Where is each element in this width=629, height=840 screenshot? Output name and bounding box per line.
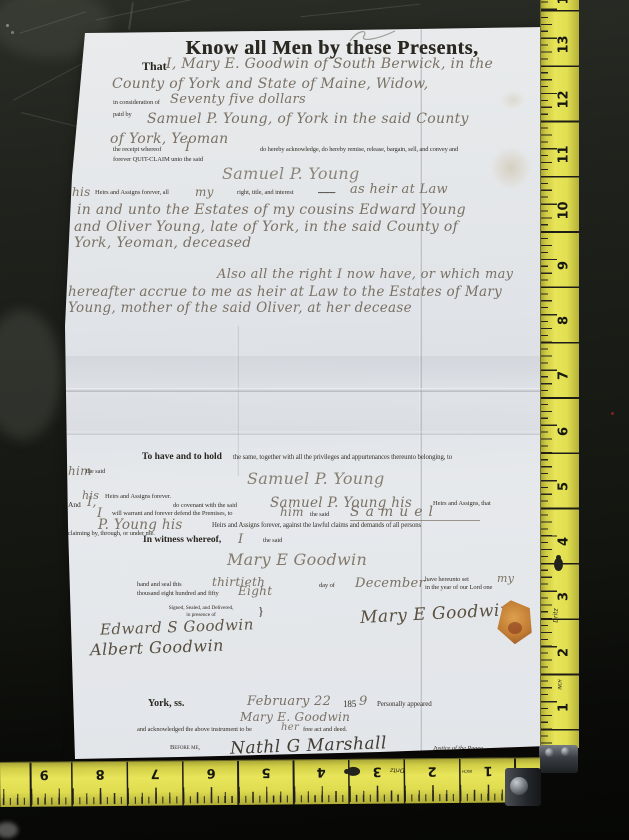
ruler-number: 12 xyxy=(557,87,572,113)
heirs-text-2: Heirs and Assigns forever. xyxy=(105,493,171,500)
witness-signature-2: Albert Goodwin xyxy=(90,636,225,660)
receipt-label: the receipt whereof xyxy=(113,146,161,153)
tape-end-clip-horizontal xyxy=(505,768,541,806)
before-me: Before me, xyxy=(170,744,200,751)
scratch-mark xyxy=(300,4,419,18)
hw-mary-center: Mary E Goodwin xyxy=(227,550,367,569)
the-said-2: the said xyxy=(310,511,329,518)
wax-seal-blot xyxy=(508,622,522,634)
ruler-number: 1 xyxy=(476,762,500,778)
hw-year-digit: 9 xyxy=(359,694,368,709)
justice-title: Justice of the Peace. xyxy=(433,745,484,752)
interest-text: right, title, and interest xyxy=(237,189,293,196)
hw-my-2: my xyxy=(497,572,514,585)
scratch-mark xyxy=(96,0,204,20)
rivet xyxy=(545,748,554,757)
hw-grantor-line1: I, Mary E. Goodwin of South Berwick, in … xyxy=(166,56,493,72)
hw-samuel: Samuel xyxy=(350,504,480,521)
seal-line-1b: day of xyxy=(319,582,335,589)
hw-i-4: I xyxy=(238,532,243,547)
hw-him-2: him xyxy=(280,505,304,519)
fold-shadow-band xyxy=(60,392,552,432)
horizontal-tape-measure: 9 8 7 6 5 4 3 2 1 Dritz INCH xyxy=(0,757,540,807)
hw-date: February 22 xyxy=(247,694,331,709)
fold-shadow-band xyxy=(60,356,552,390)
that-label: That xyxy=(142,59,167,74)
ruler-number: 11 xyxy=(557,142,572,168)
the-said-3: the said xyxy=(263,537,282,544)
ruler-number: 10 xyxy=(557,198,572,224)
ruler-number: 9 xyxy=(557,253,572,279)
rivet xyxy=(510,777,528,795)
hw-consideration: Seventy five dollars xyxy=(170,92,306,107)
hw-also-line2: hereafter accrue to me as heir at Law to… xyxy=(68,284,502,300)
ruler-number: 5 xyxy=(254,764,278,780)
ruler-number: 5 xyxy=(557,474,572,500)
signature-mary: Mary E Goodwin xyxy=(360,600,512,628)
ruler-number: 6 xyxy=(557,419,572,445)
photo-scene: { "colors":{"background":"#15170f","pape… xyxy=(0,0,629,840)
pig-icon xyxy=(347,767,360,776)
paper-stain-small xyxy=(500,90,526,110)
paper-sheet: Know all Men by these Presents, That I, … xyxy=(60,26,552,762)
witness-signature-1: Edward S Goodwin xyxy=(100,615,254,638)
acknowledged-text: and acknowledged the above instrument to… xyxy=(137,726,252,733)
the-said-1: the said xyxy=(86,468,105,475)
signed-sealed-line1: Signed, Sealed, and Delivered, xyxy=(169,605,234,611)
ruler-number: 13 xyxy=(557,32,572,58)
hw-her: her xyxy=(281,722,299,733)
habendum-text: the same, together with all the privileg… xyxy=(233,454,452,461)
paid-by-label: paid by xyxy=(113,111,132,118)
background-light-patch xyxy=(0,310,62,440)
seal-line-1a: hand and seal this xyxy=(137,581,182,588)
brand-logo: Dritz xyxy=(390,766,404,773)
hw-payer-line2: of York, Yeoman xyxy=(110,131,228,147)
hw-also-line3: Young, mother of the said Oliver, at her… xyxy=(68,300,412,316)
heirs-text-1: Heirs and Assigns forever, all xyxy=(95,189,169,196)
ruler-number: 8 xyxy=(557,308,572,334)
hw-payer-line1: Samuel P. Young, of York in the said Cou… xyxy=(147,111,469,127)
claiming-text: claiming by, through, or under me. xyxy=(68,530,155,537)
hw-eight: Eight xyxy=(238,584,272,598)
hw-december: December xyxy=(355,576,425,591)
paper-stain xyxy=(490,146,532,190)
ruler-number: 7 xyxy=(557,363,572,389)
hw-estates-line2: and Oliver Young, late of York, in the s… xyxy=(74,219,458,235)
hw-strikeout-word: ––– xyxy=(318,186,335,199)
hw-i-1: I xyxy=(185,140,190,155)
ruler-number: 6 xyxy=(199,764,223,780)
and-label: And xyxy=(68,500,81,509)
ruler-number: 2 xyxy=(557,640,572,666)
ruler-number: 3 xyxy=(365,763,389,779)
hw-grantee-center2: Samuel P. Young xyxy=(247,469,385,488)
unit-label: INCH xyxy=(462,769,472,774)
seal-line-1c: have hereunto set xyxy=(425,576,469,583)
deed-paper: Know all Men by these Presents, That I, … xyxy=(60,26,552,762)
hw-i-2: I, xyxy=(87,495,97,510)
rivet xyxy=(561,747,570,756)
free-act-text: free act and deed. xyxy=(303,726,347,733)
habendum-bold: To have and to hold xyxy=(142,452,222,462)
pig-icon xyxy=(554,558,563,571)
hw-grantee-center: Samuel P. Young xyxy=(222,164,360,183)
tape-end-clip-vertical xyxy=(539,745,578,773)
brand-logo: Dritz xyxy=(553,608,560,622)
hw-grantor-line2: County of York and State of Maine, Widow… xyxy=(112,76,429,92)
ruler-number: 1 xyxy=(557,695,572,721)
red-speck xyxy=(611,412,614,415)
acknowledge-text: do hereby acknowledge, do hereby remise,… xyxy=(260,146,458,153)
county-ss: York, ss. xyxy=(148,698,184,709)
heirs-text-4: Heirs and Assigns forever, against the l… xyxy=(212,522,421,529)
consideration-label: in consideration of xyxy=(113,99,160,106)
hw-estates-line1: in and unto the Estates of my cousins Ed… xyxy=(77,202,466,218)
ruler-number: 4 xyxy=(557,529,572,555)
hw-estates-line3: York, Yeoman, deceased xyxy=(74,235,252,251)
ruler-number: 3 xyxy=(557,584,572,610)
year-printed: 185 xyxy=(343,699,356,709)
quitclaim-text: forever QUIT-CLAIM unto the said xyxy=(113,156,203,163)
ruler-number: 8 xyxy=(88,765,112,781)
appeared-text: Personally appeared xyxy=(377,700,432,708)
hw-also-line1: Also all the right I now have, or which … xyxy=(217,267,513,282)
ruler-number: 4 xyxy=(309,763,333,779)
unit-label: INCH xyxy=(557,680,562,690)
vertical-tape-measure: 14 13 12 11 10 9 8 7 6 5 4 3 2 1 Dritz I… xyxy=(540,0,579,748)
covenant-text: do covenant with the said xyxy=(173,502,237,509)
hw-my: my xyxy=(195,185,214,199)
ruler-number: 9 xyxy=(32,766,56,782)
brace: } xyxy=(258,604,264,619)
hw-his-1: his xyxy=(72,185,91,199)
signature-justice: Nathl G Marshall xyxy=(230,733,388,758)
seal-line-2b: in the year of our Lord one xyxy=(425,584,492,591)
ruler-number: 2 xyxy=(420,762,444,778)
seal-line-2a: thousand eight hundred and fifty xyxy=(137,590,219,597)
ruler-number: 7 xyxy=(143,765,167,781)
warrant-text: will warrant and forever defend the Prem… xyxy=(112,510,232,517)
ruler-number: 14 xyxy=(557,0,572,9)
hw-heir-at-law: as heir at Law xyxy=(350,182,448,197)
gray-object-corner xyxy=(0,822,18,838)
witness-bold: In witness whereof, xyxy=(143,535,221,545)
